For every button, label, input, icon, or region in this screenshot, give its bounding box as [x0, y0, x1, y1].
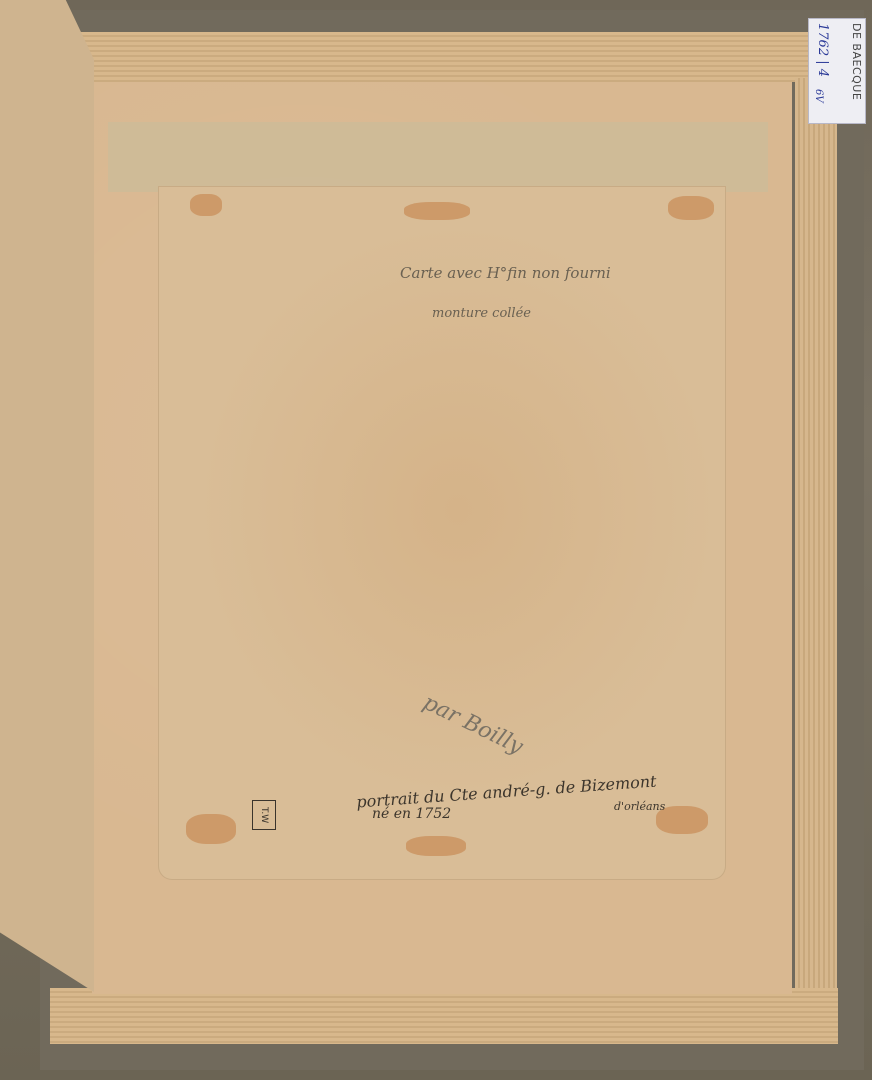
auction-label: DE BAECQUE 1762 | 4 6V — [808, 18, 866, 124]
paper-tape — [108, 122, 768, 192]
corrugated-spacer-right — [795, 78, 837, 1038]
tape-residue — [668, 196, 714, 220]
corrugated-spacer-top — [78, 32, 838, 82]
label-house-name: DE BAECQUE — [850, 23, 863, 100]
tape-residue — [186, 814, 236, 844]
cardboard-flap — [0, 0, 94, 992]
pencil-note-line-1: Carte avec H°fin non fourni — [400, 264, 611, 282]
pencil-note-line-2: monture collée — [432, 306, 531, 321]
corrugated-spacer-bottom — [50, 988, 838, 1044]
portrait-title-line-2: né en 1752 — [372, 806, 451, 822]
collector-stamp: T.W — [252, 800, 276, 830]
tape-residue — [190, 194, 222, 216]
tape-residue — [406, 836, 466, 856]
portrait-title-line-3: d'orléans — [614, 800, 665, 813]
label-sub-code: 6V — [813, 89, 824, 103]
tape-residue — [404, 202, 470, 220]
label-lot-number: 1762 | 4 — [815, 23, 830, 77]
